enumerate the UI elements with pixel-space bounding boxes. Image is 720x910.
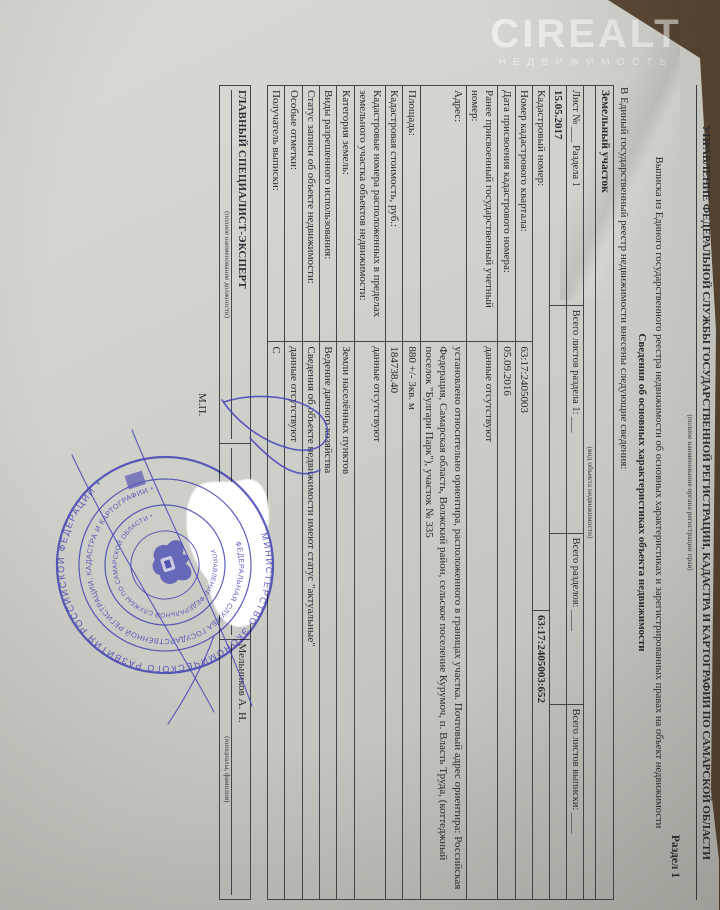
position-caption: (полное наименование должности) <box>221 90 231 439</box>
row-label: Кадастровая стоимость, руб.: <box>386 86 403 342</box>
sheet-header-cell: Всего листов раздела 1: ___ <box>567 305 584 533</box>
row-label: Ранее присвоенный государственный учетны… <box>466 86 498 342</box>
row-value: 184738.40 <box>386 342 403 900</box>
row-value: 880 +/- 3кв. м <box>403 342 420 900</box>
sheet-header-cell: Лист № ___ Раздела 1 <box>567 86 584 306</box>
row-value: данные отсутствуют <box>285 342 302 900</box>
sheet-header-row: Лист № ___ Раздела 1Всего листов раздела… <box>567 86 584 900</box>
table-row: Адрес:установлено относительно ориентира… <box>420 86 466 900</box>
row-label: Статус записи об объекте недвижимости: <box>302 86 319 342</box>
signature-line <box>222 448 232 634</box>
document-photo: УПРАВЛЕНИЕ ФЕДЕРАЛЬНОЙ СЛУЖБЫ ГОСУДАРСТВ… <box>0 0 720 910</box>
object-type-caption: (вид объекта недвижимости) <box>583 86 595 900</box>
table-row: Особые отметки:данные отсутствуют <box>285 86 302 900</box>
row-value: Ведение дачного хозяйства <box>320 342 337 900</box>
empty-cell <box>550 704 567 899</box>
row-label: Адрес: <box>420 86 466 342</box>
row-label: Кадастровые номера расположенных в преде… <box>354 86 386 342</box>
sheet-header-cell: Всего листов выписки: ____ <box>567 704 584 899</box>
signature-cell <box>220 444 251 639</box>
document-title: УПРАВЛЕНИЕ ФЕДЕРАЛЬНОЙ СЛУЖБЫ ГОСУДАРСТВ… <box>696 85 713 900</box>
stamp-emblem-eagle <box>147 538 195 589</box>
subtitle-characteristics: Сведения об основных характеристиках объ… <box>635 85 651 900</box>
table-row: Дата присвоения кадастрового номера:05.0… <box>498 86 515 900</box>
name-caption: (инициалы, фамилия) <box>221 644 231 895</box>
section-label: Раздел 1 <box>667 85 685 900</box>
table-row: Статус записи об объекте недвижимости:Св… <box>302 86 319 900</box>
main-table-body: Номер кадастрового квартала:63:17:240500… <box>268 86 533 900</box>
row-value: установлено относительно ориентира, расп… <box>420 342 466 900</box>
empty-cell <box>550 533 567 704</box>
cadastral-number-label: Кадастровый номер: <box>532 86 549 611</box>
row-label: Получатель выписки: <box>268 86 285 342</box>
row-label: Особые отметки: <box>285 86 302 342</box>
official-name: Мельников А. Н. <box>236 644 248 723</box>
table-row: Виды разрешенного использования:Ведение … <box>320 86 337 900</box>
row-value: 63:17:2405003 <box>515 342 532 900</box>
cadastral-number-table: Кадастровый номер: 63:17:2405003:652 <box>532 85 550 900</box>
object-type-table: Земельный участок (вид объекта недвижимо… <box>583 85 614 900</box>
subtitle-extract: Выписка из Единого государственного реес… <box>651 85 667 900</box>
row-value: данные отсутствуют <box>466 342 498 900</box>
rotated-document: УПРАВЛЕНИЕ ФЕДЕРАЛЬНОЙ СЛУЖБЫ ГОСУДАРСТВ… <box>0 0 720 910</box>
row-value: данные отсутствуют <box>354 342 386 900</box>
object-type: Земельный участок <box>595 86 613 900</box>
row-label: Площадь: <box>403 86 420 342</box>
sheet-header-table: Лист № ___ Раздела 1Всего листов раздела… <box>549 85 584 900</box>
table-row: Номер кадастрового квартала:63:17:240500… <box>515 86 532 900</box>
row-value: Земли населённых пунктов <box>337 342 354 900</box>
official-position: ГЛАВНЫЙ СПЕЦИАЛИСТ-ЭКСПЕРТ <box>236 90 248 289</box>
table-row: Категория земель:Земли населённых пункто… <box>337 86 354 900</box>
stamp-place-label: М.П. <box>195 393 209 900</box>
cadastral-number-value: 63:17:2405003:652 <box>532 611 549 900</box>
extract-date: 15.05.2017 <box>550 86 567 306</box>
row-label: Дата присвоения кадастрового номера: <box>498 86 515 342</box>
signature-table: ГЛАВНЫЙ СПЕЦИАЛИСТ-ЭКСПЕРТ (полное наиме… <box>219 85 251 900</box>
empty-cell <box>550 305 567 533</box>
row-label: Категория земель: <box>337 86 354 342</box>
intro-line: В Единый государственный реестр недвижим… <box>614 85 635 900</box>
official-name-cell: Мельников А. Н. (инициалы, фамилия) <box>220 639 251 899</box>
table-row: Получатель выписки:С <box>268 86 285 900</box>
row-label: Виды разрешенного использования: <box>320 86 337 342</box>
table-row: Кадастровые номера расположенных в преде… <box>354 86 386 900</box>
org-caption: (полное наименование органа регистрации … <box>685 85 696 900</box>
row-value: Сведения об объекте недвижимости имеют с… <box>302 342 319 900</box>
row-value: 05.09.2016 <box>498 342 515 900</box>
table-row: Ранее присвоенный государственный учетны… <box>466 86 498 900</box>
sheet-header-cell: Всего разделов: ____ <box>567 533 584 704</box>
row-value: С <box>268 342 285 900</box>
official-position-cell: ГЛАВНЫЙ СПЕЦИАЛИСТ-ЭКСПЕРТ (полное наиме… <box>220 86 251 444</box>
table-row: Кадастровая стоимость, руб.:184738.40 <box>386 86 403 900</box>
main-table: Номер кадастрового квартала:63:17:240500… <box>267 85 533 900</box>
table-row: Площадь:880 +/- 3кв. м <box>403 86 420 900</box>
stamp-side-mark <box>125 471 146 490</box>
row-label: Номер кадастрового квартала: <box>515 86 532 342</box>
